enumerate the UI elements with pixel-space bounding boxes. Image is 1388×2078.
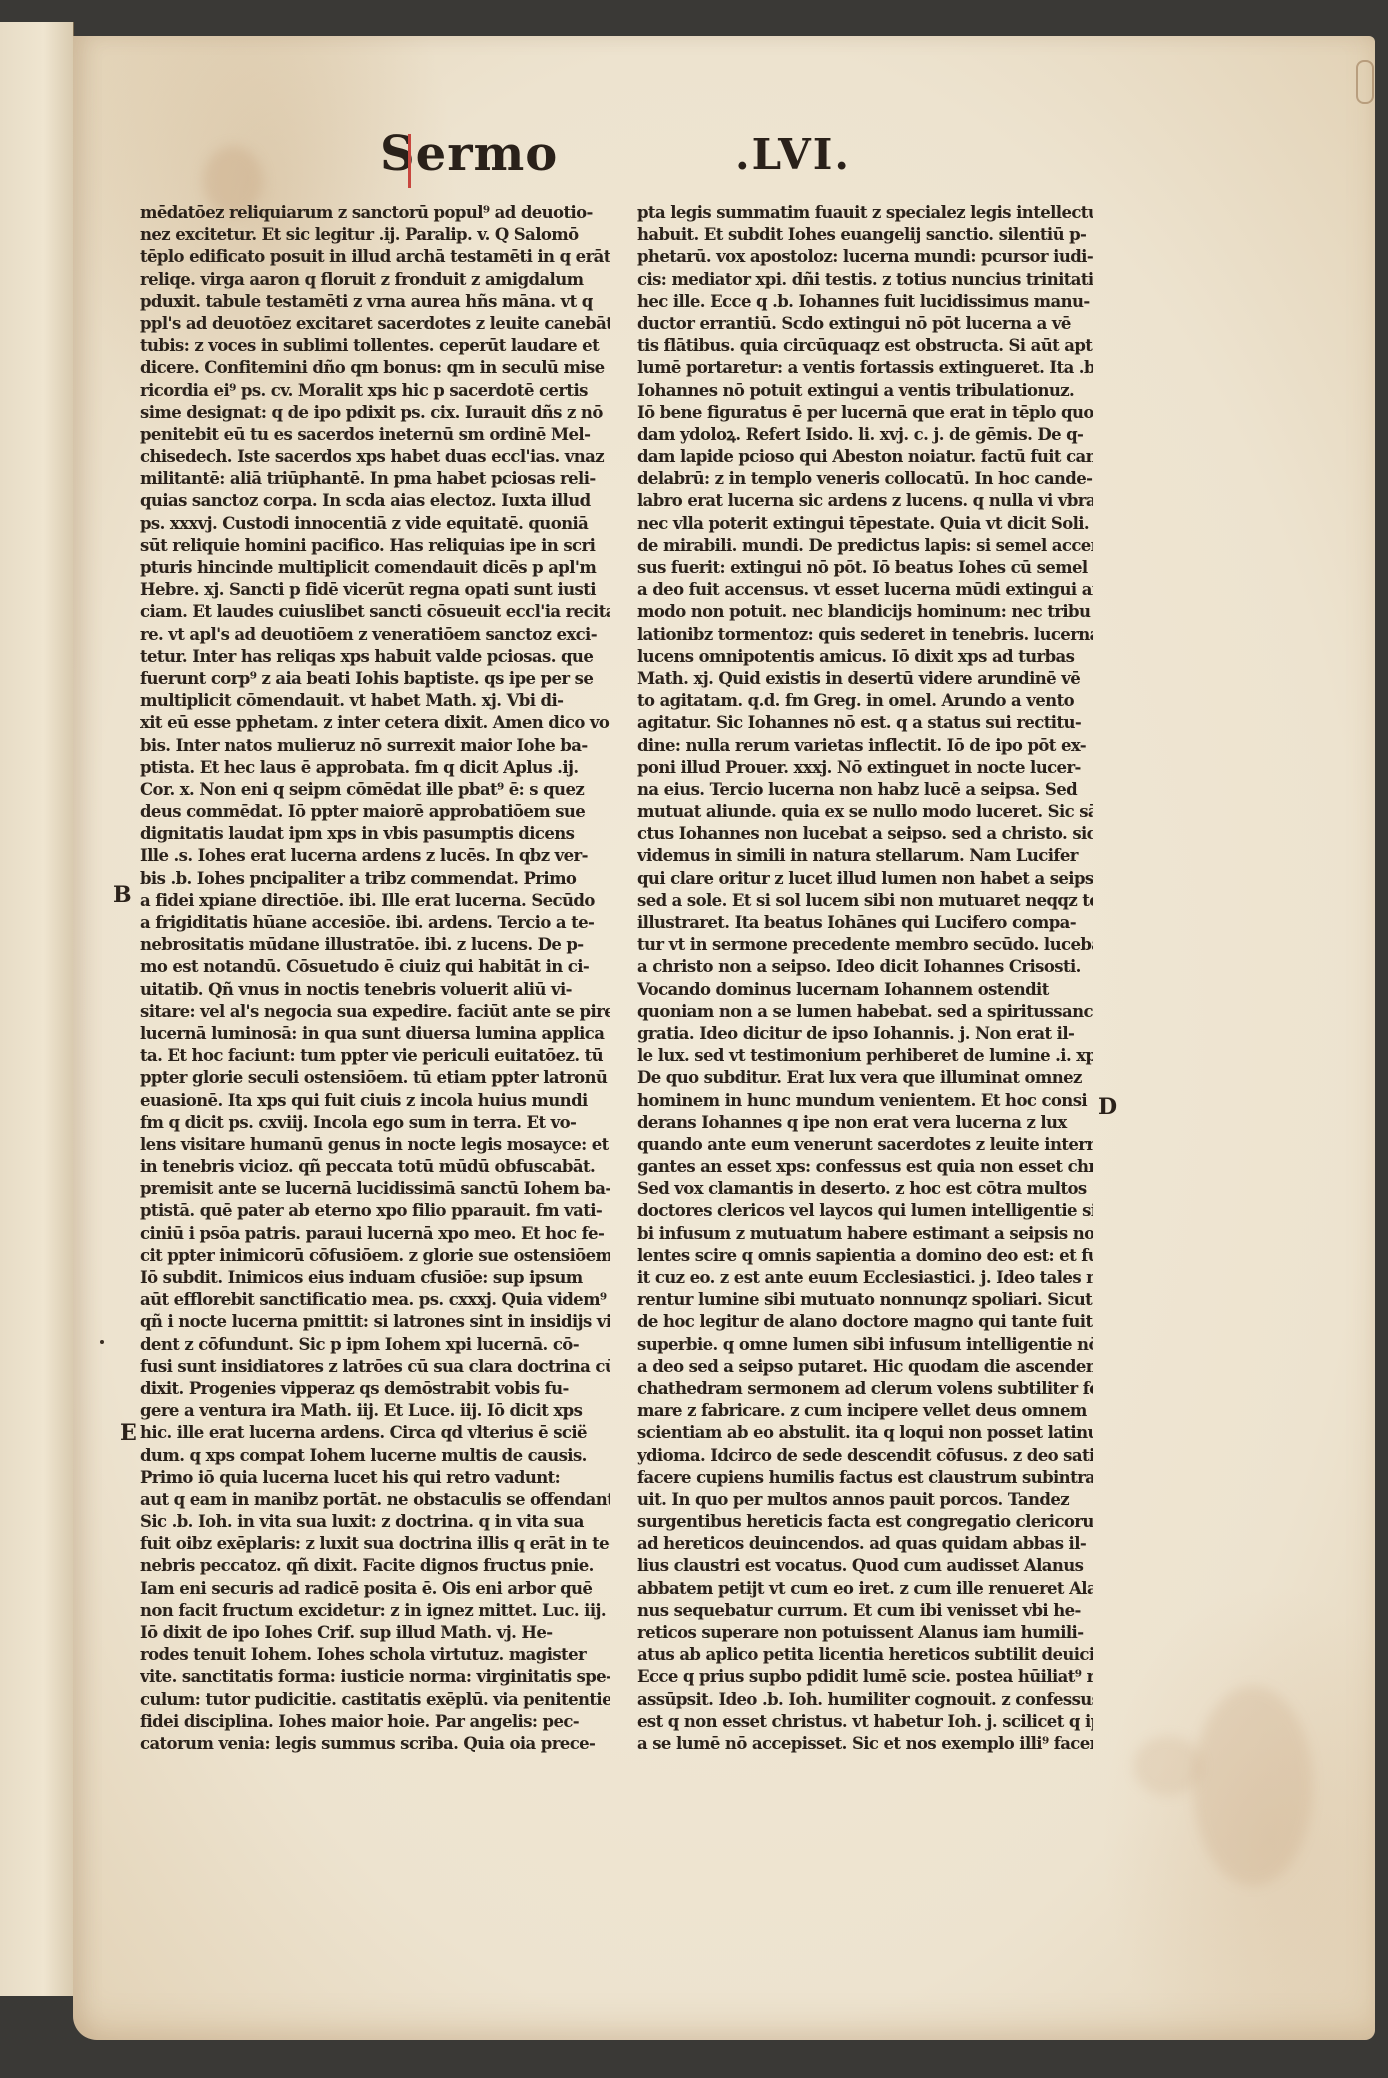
text-line: ricordia ei⁹ ps. cv. Moralit xps hic p s…	[140, 380, 610, 402]
text-line: tur vt in sermone precedente membro secū…	[637, 934, 1093, 956]
text-line: catorum venia: legis summus scriba. Quia…	[140, 1733, 610, 1755]
text-line: phetarū. vox apostoloz: lucerna mundi: p…	[637, 246, 1093, 268]
text-line: gere a ventura ira Math. iij. Et Luce. i…	[140, 1400, 610, 1422]
text-line: lumē portaretur: a ventis fortassis exti…	[637, 357, 1093, 379]
text-line: quando ante eum venerunt sacerdotes z le…	[637, 1134, 1093, 1156]
text-line: delabrū: z in templo veneris collocatū. …	[637, 468, 1093, 490]
text-line: ptistā. quē pater ab eterno xpo filio pp…	[140, 1200, 610, 1222]
text-line: bis .b. Iohes pncipaliter a tribz commen…	[140, 868, 610, 890]
text-line: agitatur. Sic Iohannes nō est. q a statu…	[637, 712, 1093, 734]
text-line: to agitatam. q.d. fm Greg. in omel. Arun…	[637, 690, 1093, 712]
text-line: derans Iohannes q ipe non erat vera luce…	[637, 1112, 1093, 1134]
text-line: dam ydoloꝝ. Refert Isido. li. xvj. c. j.…	[637, 424, 1093, 446]
text-line: culum: tutor pudicitie. castitatis exēpl…	[140, 1689, 610, 1711]
text-line: hec ille. Ecce q .b. Iohannes fuit lucid…	[637, 291, 1093, 313]
text-line: Iō subdit. Inimicos eius induam cfusiōe:…	[140, 1267, 610, 1289]
text-line: superbie. q omne lumen sibi infusum inte…	[637, 1334, 1093, 1356]
text-line: qñ i nocte lucerna pmittit: si latrones …	[140, 1311, 610, 1333]
text-line: tēplo edificato posuit in illud archā te…	[140, 246, 610, 268]
text-line: mutuat aliunde. quia ex se nullo modo lu…	[637, 801, 1093, 823]
text-line: penitebit eū tu es sacerdos ineternū sm …	[140, 424, 610, 446]
text-line: sitare: vel al's negocia sua expedire. f…	[140, 1001, 610, 1023]
text-line: habuit. Et subdit Iohes euangelij sancti…	[637, 224, 1093, 246]
text-line: ad hereticos deuincendos. ad quas quidam…	[637, 1533, 1093, 1555]
text-line: lationibz tormentoz: quis sederet in ten…	[637, 624, 1093, 646]
text-line: mare z fabricare. z cum incipere vellet …	[637, 1400, 1093, 1422]
text-line: facere cupiens humilis factus est claust…	[637, 1467, 1093, 1489]
sermon-number: .LVI.	[735, 130, 851, 179]
right-text-column: pta legis summatim fuauit z specialez le…	[637, 202, 1093, 1755]
page-corner-curl	[1356, 60, 1374, 104]
text-line: qui clare oritur z lucet illud lumen non…	[637, 868, 1093, 890]
text-line: premisit ante se lucernā lucidissimā san…	[140, 1178, 610, 1200]
text-line: Iō dixit de ipo Iohes Crif. sup illud Ma…	[140, 1622, 610, 1644]
text-line: fm q dicit ps. cxviij. Incola ego sum in…	[140, 1112, 610, 1134]
text-line: ppter glorie seculi ostensiōem. tū etiam…	[140, 1067, 610, 1089]
text-line: abbatem petijt vt cum eo iret. z cum ill…	[637, 1578, 1093, 1600]
text-line: xit eū esse pphetam. z inter cetera dixi…	[140, 712, 610, 734]
text-line: multiplicit cōmendauit. vt habet Math. x…	[140, 690, 610, 712]
text-line: Cor. x. Non eni q seipm cōmēdat ille pba…	[140, 779, 610, 801]
text-line: tis flātibus. quia circūquaqz est obstru…	[637, 335, 1093, 357]
text-line: aūt efflorebit sanctificatio mea. ps. cx…	[140, 1289, 610, 1311]
left-text-column: mēdatōez reliquiarum z sanctorū popul⁹ a…	[140, 202, 610, 1755]
text-line: ptista. Et hec laus ē approbata. fm q di…	[140, 757, 610, 779]
text-line: ps. xxxvj. Custodi innocentiā z vide equ…	[140, 513, 610, 535]
text-line: hominem in hunc mundum venientem. Et hoc…	[637, 1090, 1093, 1112]
text-line: a christo non a seipso. Ideo dicit Iohan…	[637, 956, 1093, 978]
text-line: dine: nulla rerum varietas inflectit. Iō…	[637, 735, 1093, 757]
running-head-sermo: Sermo	[380, 126, 558, 182]
text-line: Math. xj. Quid existis in desertū videre…	[637, 668, 1093, 690]
text-line: scientiam ab eo abstulit. ita q loqui no…	[637, 1422, 1093, 1444]
text-line: ductor errantiū. Scdo extingui nō pōt lu…	[637, 313, 1093, 335]
text-line: sime designat: q de ipo pdixit ps. cix. …	[140, 402, 610, 424]
text-line: hic. ille erat lucerna ardens. Circa qd …	[140, 1422, 610, 1444]
text-line: lens visitare humanū genus in nocte legi…	[140, 1134, 610, 1156]
text-line: rentur lumine sibi mutuato nonnunqz spol…	[637, 1289, 1093, 1311]
text-line: nebrositatis mūdane illustratōe. ibi. z …	[140, 934, 610, 956]
text-line: labro erat lucerna sic ardens z lucens. …	[637, 490, 1093, 512]
text-line: fusi sunt insidiatores z latrōes cū sua …	[140, 1356, 610, 1378]
text-line: Sed vox clamantis in deserto. z hoc est …	[637, 1178, 1093, 1200]
text-line: Ecce q prius supbo pdidit lumē scie. pos…	[637, 1666, 1093, 1688]
text-line: a deo fuit accensus. vt esset lucerna mū…	[637, 579, 1093, 601]
text-line: nez excitetur. Et sic legitur .ij. Paral…	[140, 224, 610, 246]
text-line: doctores clericos vel laycos qui lumen i…	[637, 1200, 1093, 1222]
text-line: a frigiditatis hūane accesiōe. ibi. arde…	[140, 912, 610, 934]
text-line: De quo subditur. Erat lux vera que illum…	[637, 1067, 1093, 1089]
text-line: surgentibus hereticis facta est congrega…	[637, 1511, 1093, 1533]
text-line: nus sequebatur currum. Et cum ibi veniss…	[637, 1600, 1093, 1622]
text-line: in tenebris vicioz. qñ peccata totū mūdū…	[140, 1156, 610, 1178]
text-line: dicere. Confitemini dño qm bonus: qm in …	[140, 357, 610, 379]
text-line: pturis hincinde multiplicit comendauit d…	[140, 557, 610, 579]
text-line: vite. sanctitatis forma: iusticie norma:…	[140, 1666, 610, 1688]
text-line: quias sanctoz corpa. In scda aias electo…	[140, 490, 610, 512]
text-line: bi infusum z mutuatum habere estimant a …	[637, 1223, 1093, 1245]
margin-letter-b: B	[113, 882, 132, 908]
text-line: reticos superare non potuissent Alanus i…	[637, 1622, 1093, 1644]
text-line: ctus Iohannes non lucebat a seipso. sed …	[637, 823, 1093, 845]
text-line: Ille .s. Iohes erat lucerna ardens z luc…	[140, 845, 610, 867]
text-line: pta legis summatim fuauit z specialez le…	[637, 202, 1093, 224]
previous-page-edge	[0, 22, 74, 1996]
text-line: cis: mediator xpi. dñi testis. z totius …	[637, 269, 1093, 291]
text-line: dixit. Progenies vipperaz qs demōstrabit…	[140, 1378, 610, 1400]
text-line: atus ab aplico petita licentia hereticos…	[637, 1644, 1093, 1666]
text-line: reliqe. virga aaron q floruit z fronduit…	[140, 269, 610, 291]
text-line: assūpsit. Ideo .b. Ioh. humiliter cognou…	[637, 1689, 1093, 1711]
text-line: militantē: aliā triūphantē. In pma habet…	[140, 468, 610, 490]
text-line: pduxit. tabule testamēti z vrna aurea hñ…	[140, 291, 610, 313]
text-line: lius claustri est vocatus. Quod cum audi…	[637, 1555, 1093, 1577]
rubric-stroke	[408, 134, 411, 188]
text-line: le lux. sed vt testimonium perhiberet de…	[637, 1045, 1093, 1067]
text-line: uit. In quo per multos annos pauit porco…	[637, 1489, 1093, 1511]
text-line: Hebre. xj. Sancti p fidē vicerūt regna o…	[140, 579, 610, 601]
text-line: nebris peccatoz. qñ dixit. Facite dignos…	[140, 1555, 610, 1577]
text-line: poni illud Prouer. xxxj. Nō extinguet in…	[637, 757, 1093, 779]
faded-stamp-stain	[1133, 1736, 1203, 1796]
text-line: fuit oibz exēplaris: z luxit sua doctrin…	[140, 1533, 610, 1555]
text-line: non facit fructum excidetur: z in ignez …	[140, 1600, 610, 1622]
text-line: tubis: z voces in sublimi tollentes. cep…	[140, 335, 610, 357]
margin-letter-d: D	[1098, 1094, 1117, 1120]
text-line: lentes scire q omnis sapientia a domino …	[637, 1245, 1093, 1267]
text-line: chathedram sermonem ad clerum volens sub…	[637, 1378, 1093, 1400]
text-line: ciam. Et laudes cuiuslibet sancti cōsueu…	[140, 601, 610, 623]
text-line: sed a sole. Et si sol lucem sibi non mut…	[637, 890, 1093, 912]
text-line: fidei disciplina. Iohes maior hoie. Par …	[140, 1711, 610, 1733]
text-line: gantes an esset xps: confessus est quia …	[637, 1156, 1093, 1178]
text-line: ciniū i psōa patris. paraui lucernā xpo …	[140, 1223, 610, 1245]
text-line: Iohannes nō potuit extingui a ventis tri…	[637, 380, 1093, 402]
text-line: aut q eam in manibz portāt. ne obstaculi…	[140, 1489, 610, 1511]
text-line: sūt reliquie homini pacifico. Has reliqu…	[140, 535, 610, 557]
text-line: euasionē. Ita xps qui fuit ciuis z incol…	[140, 1090, 610, 1112]
text-line: lucernā luminosā: in qua sunt diuersa lu…	[140, 1023, 610, 1045]
text-line: mēdatōez reliquiarum z sanctorū popul⁹ a…	[140, 202, 610, 224]
text-line: de hoc legitur de alano doctore magno qu…	[637, 1311, 1093, 1333]
text-line: a fidei xpiane directiōe. ibi. Ille erat…	[140, 890, 610, 912]
text-line: ta. Et hoc faciunt: tum ppter vie pericu…	[140, 1045, 610, 1067]
text-line: videmus in simili in natura stellarum. N…	[637, 845, 1093, 867]
text-line: tetur. Inter has reliqas xps habuit vald…	[140, 646, 610, 668]
text-line: fuerunt corp⁹ z aia beati Iohis baptiste…	[140, 668, 610, 690]
running-head-text: Sermo	[380, 126, 558, 182]
text-line: Iam eni securis ad radicē posita ē. Ois …	[140, 1578, 610, 1600]
text-line: deus commēdat. Iō ppter maiorē approbati…	[140, 801, 610, 823]
faded-stamp-stain	[1193, 1686, 1313, 1886]
text-line: Primo iō quia lucerna lucet his qui retr…	[140, 1467, 610, 1489]
text-line: lucens omnipotentis amicus. Iō dixit xps…	[637, 646, 1093, 668]
text-line: Sic .b. Ioh. in vita sua luxit: z doctri…	[140, 1511, 610, 1533]
text-line: dignitatis laudat ipm xps in vbis pasump…	[140, 823, 610, 845]
text-line: re. vt apl's ad deuotiōem z veneratiōem …	[140, 624, 610, 646]
text-line: nec vlla poterit extingui tēpestate. Qui…	[637, 513, 1093, 535]
text-line: na eius. Tercio lucerna non habz lucē a …	[637, 779, 1093, 801]
text-line: rodes tenuit Iohem. Iohes schola virtutu…	[140, 1644, 610, 1666]
ink-dot	[100, 1340, 104, 1344]
text-line: gratia. Ideo dicitur de ipso Iohannis. j…	[637, 1023, 1093, 1045]
text-line: dent z cōfundunt. Sic p ipm Iohem xpi lu…	[140, 1334, 610, 1356]
text-line: dam lapide pcioso qui Abeston noiatur. f…	[637, 446, 1093, 468]
text-line: Vocando dominus lucernam Iohannem ostend…	[637, 979, 1093, 1001]
text-line: ydioma. Idcirco de sede descendit cōfusu…	[637, 1445, 1093, 1467]
text-line: cit ppter inimicorū cōfusiōem. z glorie …	[140, 1245, 610, 1267]
text-line: dum. q xps compat Iohem lucerne multis d…	[140, 1445, 610, 1467]
text-line: a deo sed a seipso putaret. Hic quodam d…	[637, 1356, 1093, 1378]
text-line: de mirabili. mundi. De predictus lapis: …	[637, 535, 1093, 557]
text-line: a se lumē nō accepisset. Sic et nos exem…	[637, 1733, 1093, 1755]
text-line: quoniam non a se lumen habebat. sed a sp…	[637, 1001, 1093, 1023]
text-line: modo non potuit. nec blandicijs hominum:…	[637, 601, 1093, 623]
text-line: chisedech. Iste sacerdos xps habet duas …	[140, 446, 610, 468]
margin-letter-e: E	[120, 1420, 137, 1446]
text-line: bis. Inter natos mulieruz nō surrexit ma…	[140, 735, 610, 757]
text-line: ppl's ad deuotōez excitaret sacerdotes z…	[140, 313, 610, 335]
text-line: it cuz eo. z est ante euum Ecclesiastici…	[637, 1267, 1093, 1289]
text-line: uitatib. Qñ vnus in noctis tenebris volu…	[140, 979, 610, 1001]
text-line: est q non esset christus. vt habetur Ioh…	[637, 1711, 1093, 1733]
text-line: illustraret. Ita beatus Iohānes qui Luci…	[637, 912, 1093, 934]
text-line: mo est notandū. Cōsuetudo ē ciuiz qui ha…	[140, 956, 610, 978]
text-line: Iō bene figuratus ē per lucernā que erat…	[637, 402, 1093, 424]
text-line: sus fuerit: extingui nō pōt. Iō beatus I…	[637, 557, 1093, 579]
